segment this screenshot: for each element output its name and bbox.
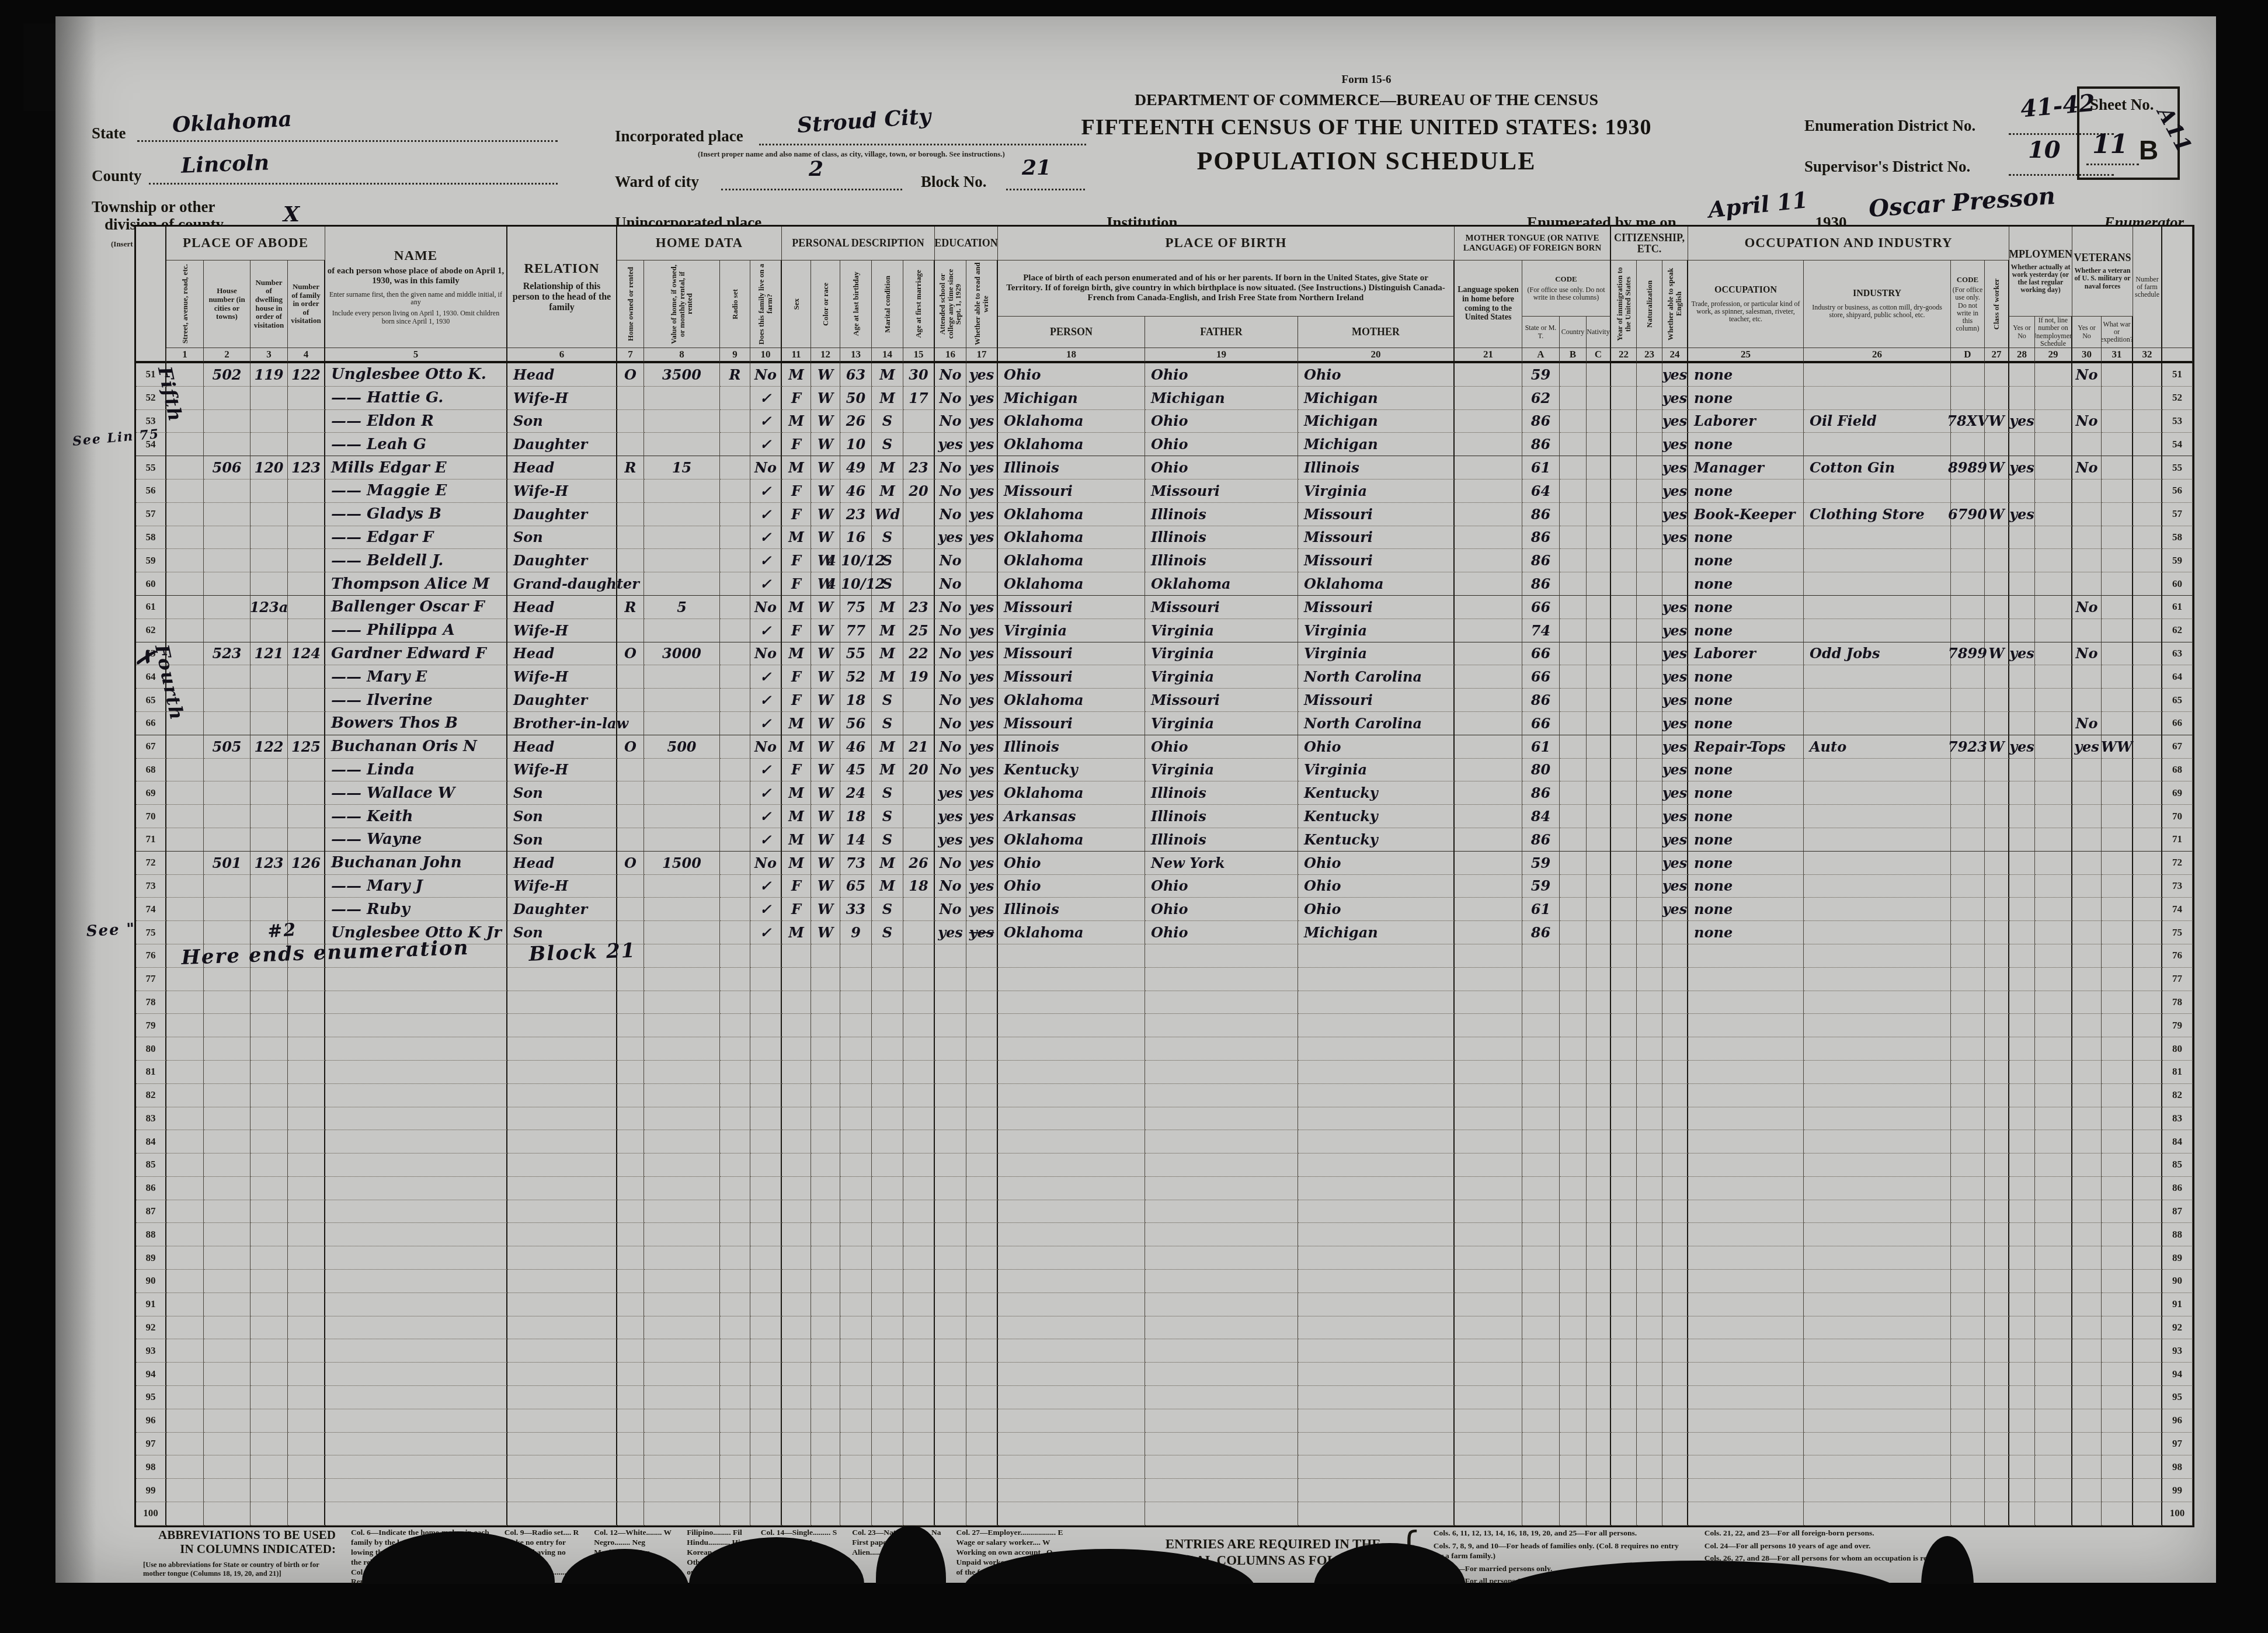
cell-farm: ✓: [750, 921, 782, 944]
cell-rw: [966, 1037, 998, 1061]
cell-cB: [1560, 1386, 1587, 1409]
cell-occ: [1688, 1014, 1804, 1037]
line-number-left: 82: [136, 1084, 166, 1107]
cell-e28: [2009, 1223, 2035, 1246]
cell-agem: [903, 921, 935, 944]
cell-v31: [2102, 852, 2133, 875]
incorporated-note: (Insert proper name and also name of cla…: [698, 150, 1005, 159]
cell-tongue: [1455, 1223, 1522, 1246]
cell-mar: M: [872, 363, 903, 387]
cell-ind: Clothing Store: [1804, 503, 1951, 526]
cell-age: 26: [840, 410, 872, 433]
cell-cA: [1522, 1200, 1560, 1224]
cell-tongue: [1455, 689, 1522, 712]
sheet-label: Sheet No.: [2090, 96, 2154, 114]
cell-house: [204, 805, 251, 828]
cell-cB: [1560, 1316, 1587, 1340]
cell-e29: [2035, 1502, 2072, 1526]
cell-farm: [750, 1479, 782, 1502]
group-place-of-abode: PLACE OF ABODE: [166, 227, 325, 260]
cell-mar: M: [872, 759, 903, 782]
cell-v30: [2072, 1433, 2102, 1456]
cell-dw: [251, 619, 288, 642]
cell-eng: [1662, 1014, 1688, 1037]
cell-rel: [507, 1200, 617, 1224]
cell-v30: [2072, 1455, 2102, 1479]
department-title: DEPARTMENT OF COMMERCE—BUREAU OF THE CEN…: [1135, 91, 1598, 110]
cell-dw: [251, 1130, 288, 1153]
block-value: 21: [1022, 155, 1051, 180]
cell-age: 4 10/12: [840, 572, 872, 596]
cell-nat: [1637, 387, 1662, 410]
cell-street: [166, 852, 204, 875]
cell-cD: [1951, 1409, 1985, 1433]
cell-house: [204, 1386, 251, 1409]
cell-imm: [1611, 1479, 1637, 1502]
cell-bp: Oklahoma: [998, 433, 1145, 456]
cell-v30: [2072, 665, 2102, 689]
cell-farm: [750, 1409, 782, 1433]
col-speak-english: Whether able to speak English: [1662, 260, 1688, 348]
cell-radio: [720, 456, 750, 480]
cell-e28: [2009, 759, 2035, 782]
cell-house: [204, 1455, 251, 1479]
cell-farm: ✓: [750, 572, 782, 596]
cell-f32: [2133, 1107, 2162, 1131]
cell-house: [204, 828, 251, 852]
cell-rw: [966, 1363, 998, 1386]
cell-fam: [288, 1363, 325, 1386]
cell-radio: [720, 1339, 750, 1363]
cell-imm: [1611, 1293, 1637, 1316]
line-number-left: 92: [136, 1316, 166, 1340]
cell-f32: [2133, 1084, 2162, 1107]
cell-radio: [720, 1386, 750, 1409]
cell-imm: [1611, 944, 1637, 968]
col-farm: Does this family live on a farm?: [750, 260, 782, 348]
cell-mar: S: [872, 433, 903, 456]
cell-bf: Illinois: [1145, 526, 1298, 550]
line-number-right: 98: [2162, 1455, 2193, 1479]
cell-cA: 84: [1522, 805, 1560, 828]
cell-race: W: [811, 689, 840, 712]
cell-house: [204, 1200, 251, 1224]
line-number-right: 64: [2162, 665, 2193, 689]
cell-cA: [1522, 1177, 1560, 1200]
cell-e29: [2035, 526, 2072, 550]
cell-own: [617, 665, 644, 689]
cell-radio: [720, 549, 750, 572]
cell-e28: [2009, 549, 2035, 572]
number-row-right: [2162, 348, 2193, 363]
cell-fam: [288, 828, 325, 852]
cell-street: [166, 1223, 204, 1246]
cell-bf: Illinois: [1145, 781, 1298, 805]
legend-title-block: ABBREVIATIONS TO BE USEDIN COLUMNS INDIC…: [143, 1528, 336, 1578]
cell-race: W: [811, 433, 840, 456]
cell-cls: [1985, 1246, 2009, 1270]
cell-cD: 7899: [1951, 642, 1985, 666]
cell-imm: [1611, 1084, 1637, 1107]
cell-agem: [903, 1130, 935, 1153]
cell-radio: [720, 898, 750, 921]
cell-street: [166, 480, 204, 503]
cell-e29: [2035, 1316, 2072, 1340]
cell-farm: [750, 1386, 782, 1409]
cell-age: [840, 1200, 872, 1224]
cell-sex: F: [782, 689, 811, 712]
cell-rw: [966, 1084, 998, 1107]
cell-e28: yes: [2009, 735, 2035, 759]
cell-occ: Laborer: [1688, 410, 1804, 433]
cell-cA: 74: [1522, 619, 1560, 642]
cell-occ: [1688, 1177, 1804, 1200]
cell-cA: [1522, 1014, 1560, 1037]
cell-eng: [1662, 968, 1688, 991]
cell-val: [644, 1200, 720, 1224]
cell-e28: [2009, 1107, 2035, 1131]
line-number-right: 70: [2162, 805, 2193, 828]
line-number-right: 51: [2162, 363, 2193, 387]
cell-radio: [720, 968, 750, 991]
cell-bm: Ohio: [1298, 898, 1455, 921]
cell-rw: [966, 1316, 998, 1340]
cell-mar: S: [872, 410, 903, 433]
cell-radio: [720, 1014, 750, 1037]
line-number-left: 97: [136, 1433, 166, 1456]
cell-ind: Auto: [1804, 735, 1951, 759]
cell-own: [617, 1177, 644, 1200]
cell-own: O: [617, 735, 644, 759]
cell-v30: [2072, 387, 2102, 410]
line-number-left: 86: [136, 1177, 166, 1200]
cell-nat: [1637, 1246, 1662, 1270]
cell-eng: [1662, 1316, 1688, 1340]
cell-street: [166, 1061, 204, 1084]
line-number-left: 68: [136, 759, 166, 782]
cell-sex: [782, 1246, 811, 1270]
cell-occ: none: [1688, 759, 1804, 782]
cell-nat: [1637, 1084, 1662, 1107]
col-home-owned: Home owned or rented: [617, 260, 644, 348]
cell-radio: [720, 991, 750, 1014]
cell-e29: [2035, 1153, 2072, 1177]
cell-dw: [251, 1316, 288, 1340]
cell-v30: [2072, 1339, 2102, 1363]
cell-ind: [1804, 526, 1951, 550]
cell-eng: yes: [1662, 875, 1688, 898]
cell-tongue: [1455, 1037, 1522, 1061]
cell-farm: [750, 1433, 782, 1456]
cell-eng: yes: [1662, 410, 1688, 433]
cell-race: W: [811, 828, 840, 852]
cell-imm: [1611, 1223, 1637, 1246]
sup-district-label: Supervisor's District No.: [1804, 158, 1970, 176]
cell-f32: [2133, 410, 2162, 433]
cell-sex: F: [782, 759, 811, 782]
cell-cB: [1560, 921, 1587, 944]
cell-radio: [720, 1363, 750, 1386]
column-number: 26: [1804, 348, 1951, 363]
column-number: 4: [288, 348, 325, 363]
cell-dw: [251, 1339, 288, 1363]
cell-sex: M: [782, 410, 811, 433]
cell-sch: No: [935, 480, 966, 503]
cell-cD: 6790: [1951, 503, 1985, 526]
cell-ind: Cotton Gin: [1804, 456, 1951, 480]
cell-sex: F: [782, 898, 811, 921]
cell-cC: [1587, 410, 1611, 433]
cell-tongue: [1455, 991, 1522, 1014]
cell-bm: Michigan: [1298, 387, 1455, 410]
ward-value: 2: [809, 157, 823, 181]
line-number-right: 63: [2162, 642, 2193, 666]
cell-bm: [1298, 1433, 1455, 1456]
cell-ind: [1804, 549, 1951, 572]
cell-bf: [1145, 1386, 1298, 1409]
cell-sch: No: [935, 410, 966, 433]
cell-ind: [1804, 1061, 1951, 1084]
cell-street: [166, 1455, 204, 1479]
cell-sex: M: [782, 363, 811, 387]
cell-occ: [1688, 1107, 1804, 1131]
cell-agem: [903, 805, 935, 828]
cell-rel: Daughter: [507, 689, 617, 712]
cell-cA: [1522, 1409, 1560, 1433]
cell-own: O: [617, 363, 644, 387]
cell-bp: Oklahoma: [998, 828, 1145, 852]
cell-cA: [1522, 1223, 1560, 1246]
cell-bp: [998, 1455, 1145, 1479]
cell-f32: [2133, 480, 2162, 503]
cell-cB: [1560, 642, 1587, 666]
cell-e29: [2035, 898, 2072, 921]
cell-rw: [966, 1339, 998, 1363]
cell-f32: [2133, 1037, 2162, 1061]
line-number-right: 86: [2162, 1177, 2193, 1200]
cell-tongue: [1455, 1130, 1522, 1153]
cell-own: [617, 1293, 644, 1316]
cell-val: [644, 1409, 720, 1433]
census-title: FIFTEENTH CENSUS OF THE UNITED STATES: 1…: [1081, 114, 1651, 140]
cell-e29: [2035, 828, 2072, 852]
cell-cC: [1587, 1433, 1611, 1456]
cell-dw: [251, 1270, 288, 1293]
cell-own: [617, 480, 644, 503]
cell-rw: yes: [966, 735, 998, 759]
cell-v31: [2102, 1433, 2133, 1456]
cell-nat: [1637, 1433, 1662, 1456]
cell-name: [325, 1502, 507, 1526]
cell-bm: Virginia: [1298, 619, 1455, 642]
cell-v30: [2072, 549, 2102, 572]
cell-agem: [903, 1014, 935, 1037]
cell-cls: [1985, 1200, 2009, 1224]
cell-dw: [251, 1386, 288, 1409]
cell-imm: [1611, 968, 1637, 991]
line-number-left: 62: [136, 619, 166, 642]
cell-f32: [2133, 503, 2162, 526]
cell-cB: [1560, 526, 1587, 550]
cell-nat: [1637, 968, 1662, 991]
cell-cA: 86: [1522, 689, 1560, 712]
cell-cA: 61: [1522, 456, 1560, 480]
cell-val: [644, 1339, 720, 1363]
cell-rw: [966, 1455, 998, 1479]
cell-rw: [966, 991, 998, 1014]
cell-imm: [1611, 1339, 1637, 1363]
cell-cD: [1951, 968, 1985, 991]
cell-radio: [720, 410, 750, 433]
cell-val: [644, 1037, 720, 1061]
cell-val: 3000: [644, 642, 720, 666]
cell-mar: [872, 1107, 903, 1131]
cell-ind: [1804, 712, 1951, 735]
line-number-right: 53: [2162, 410, 2193, 433]
cell-e29: [2035, 1270, 2072, 1293]
cell-val: [644, 1386, 720, 1409]
cell-f32: [2133, 665, 2162, 689]
cell-agem: [903, 1363, 935, 1386]
cell-cC: [1587, 1455, 1611, 1479]
cell-own: [617, 1153, 644, 1177]
cell-own: [617, 619, 644, 642]
cell-dw: [251, 526, 288, 550]
line-number-right: 54: [2162, 433, 2193, 456]
cell-fam: [288, 1037, 325, 1061]
line-number-left: 89: [136, 1246, 166, 1270]
cell-fam: 125: [288, 735, 325, 759]
cell-sch: [935, 1153, 966, 1177]
cell-cls: [1985, 480, 2009, 503]
cell-tongue: [1455, 665, 1522, 689]
cell-radio: [720, 1246, 750, 1270]
line-number-right: 75: [2162, 921, 2193, 944]
line-number-right: 83: [2162, 1107, 2193, 1131]
cell-cB: [1560, 712, 1587, 735]
line-number-right: 65: [2162, 689, 2193, 712]
cell-cA: [1522, 1270, 1560, 1293]
cell-radio: [720, 1153, 750, 1177]
cell-occ: [1688, 1386, 1804, 1409]
cell-f32: [2133, 596, 2162, 619]
line-number-right: 82: [2162, 1084, 2193, 1107]
cell-bf: Ohio: [1145, 456, 1298, 480]
cell-cls: [1985, 1363, 2009, 1386]
cell-v31: [2102, 363, 2133, 387]
cell-v31: [2102, 1014, 2133, 1037]
cell-ind: [1804, 387, 1951, 410]
cell-v30: [2072, 480, 2102, 503]
cell-bp: [998, 1223, 1145, 1246]
cell-e29: [2035, 387, 2072, 410]
cell-cC: [1587, 1200, 1611, 1224]
cell-e28: [2009, 363, 2035, 387]
cell-fam: [288, 619, 325, 642]
cell-name: Mills Edgar E: [325, 456, 507, 480]
cell-bf: Ohio: [1145, 410, 1298, 433]
cell-street: [166, 1479, 204, 1502]
column-number: 31: [2102, 348, 2133, 363]
cell-cB: [1560, 387, 1587, 410]
cell-age: [840, 1270, 872, 1293]
cell-f32: [2133, 1433, 2162, 1456]
cell-house: [204, 781, 251, 805]
cell-mar: [872, 1386, 903, 1409]
cell-v30: No: [2072, 642, 2102, 666]
cell-cC: [1587, 642, 1611, 666]
line-number-left: 84: [136, 1130, 166, 1153]
cell-ind: [1804, 1363, 1951, 1386]
cell-age: [840, 1363, 872, 1386]
cell-dw: [251, 1293, 288, 1316]
cell-nat: [1637, 1293, 1662, 1316]
cell-cA: 86: [1522, 549, 1560, 572]
line-number-left: 95: [136, 1386, 166, 1409]
cell-cC: [1587, 665, 1611, 689]
cell-ind: [1804, 781, 1951, 805]
cell-nat: [1637, 480, 1662, 503]
cell-cC: [1587, 1061, 1611, 1084]
cell-v31: [2102, 387, 2133, 410]
cell-val: 500: [644, 735, 720, 759]
cell-cls: W: [1985, 503, 2009, 526]
cell-mar: M: [872, 665, 903, 689]
cell-eng: [1662, 1363, 1688, 1386]
cell-sch: No: [935, 735, 966, 759]
cell-ind: [1804, 991, 1951, 1014]
cell-house: [204, 875, 251, 898]
cell-sch: yes: [935, 921, 966, 944]
column-number: 24: [1662, 348, 1688, 363]
cell-dw: [251, 991, 288, 1014]
cell-cB: [1560, 991, 1587, 1014]
cell-rw: yes: [966, 433, 998, 456]
group-personal-description: PERSONAL DESCRIPTION: [782, 227, 935, 260]
cell-bf: [1145, 1130, 1298, 1153]
cell-rel: Son: [507, 805, 617, 828]
cell-race: [811, 1316, 840, 1340]
cell-bp: [998, 944, 1145, 968]
cell-name: [325, 1433, 507, 1456]
cell-cD: [1951, 1177, 1985, 1200]
cell-house: 502: [204, 363, 251, 387]
cell-val: [644, 921, 720, 944]
cell-tongue: [1455, 781, 1522, 805]
cell-eng: yes: [1662, 503, 1688, 526]
cell-radio: [720, 1270, 750, 1293]
line-number-right: 84: [2162, 1130, 2193, 1153]
cell-sch: [935, 991, 966, 1014]
cell-v31: [2102, 1502, 2133, 1526]
cell-house: [204, 898, 251, 921]
cell-radio: [720, 944, 750, 968]
cell-v31: [2102, 1455, 2133, 1479]
cell-sex: F: [782, 387, 811, 410]
line-number-left: 88: [136, 1223, 166, 1246]
cell-cls: [1985, 1153, 2009, 1177]
cell-bm: [1298, 1293, 1455, 1316]
cell-mar: S: [872, 781, 903, 805]
cell-eng: [1662, 1177, 1688, 1200]
form-number: Form 15-6: [1342, 74, 1392, 86]
cell-cA: [1522, 1479, 1560, 1502]
state-label: State: [92, 124, 126, 143]
cell-street: [166, 1502, 204, 1526]
cell-rw: yes: [966, 898, 998, 921]
cell-race: W: [811, 642, 840, 666]
line-number-left: 94: [136, 1363, 166, 1386]
